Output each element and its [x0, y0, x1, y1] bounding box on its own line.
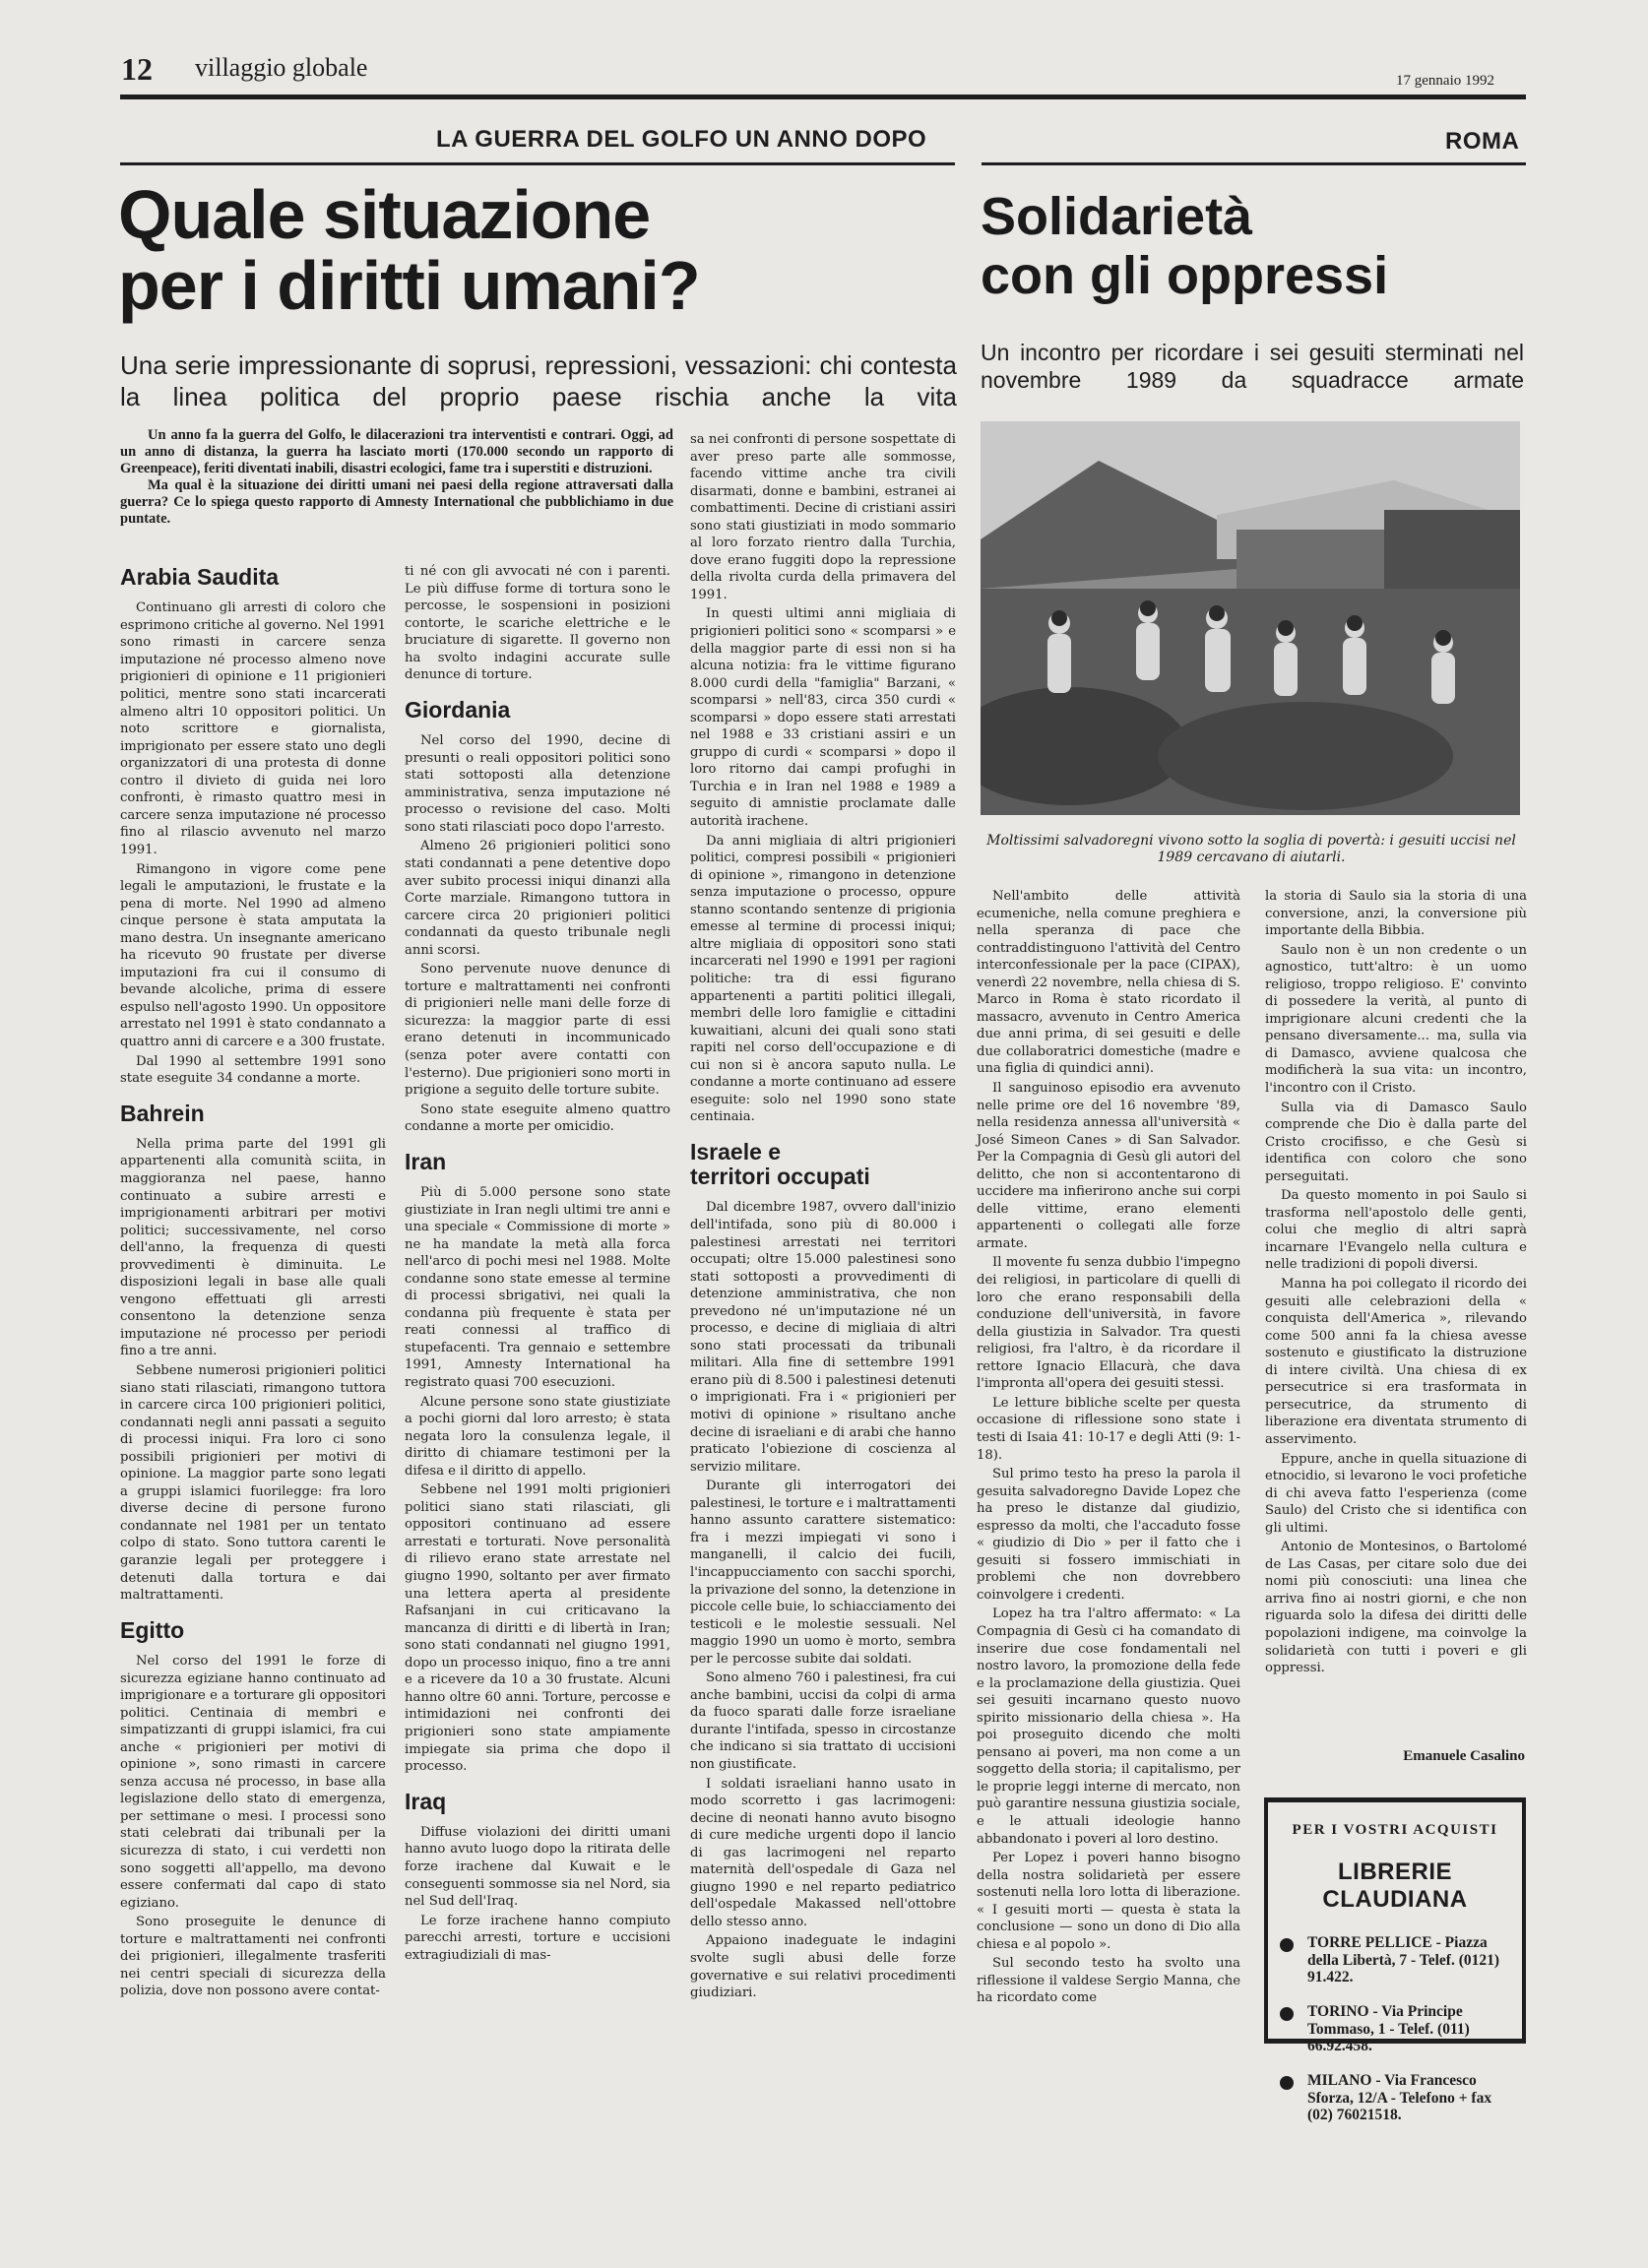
paragraph: Sul secondo testo ha svolto una riflessi…	[977, 1955, 1240, 2007]
bullet-icon	[1280, 2076, 1294, 2090]
section-heading-israele-line1: Israele e	[690, 1139, 781, 1165]
advertisement-box: PER I VOSTRI ACQUISTI LIBRERIE CLAUDIANA…	[1264, 1797, 1526, 2044]
page-number: 12	[121, 51, 153, 88]
right-kicker-rule	[982, 162, 1526, 165]
paragraph: Nel corso del 1991 le forze di sicurezza…	[120, 1653, 386, 1912]
paragraph: Durante gli interrogatori dei palestines…	[690, 1478, 956, 1668]
paragraph: Lopez ha tra l'altro affermato: « La Com…	[977, 1606, 1240, 1848]
publication-name: villaggio globale	[195, 53, 367, 83]
paragraph: Continuano gli arresti di coloro che esp…	[120, 599, 386, 858]
issue-date: 17 gennaio 1992	[1396, 73, 1494, 90]
ad-location-torino: TORINO - Via Principe Tommaso, 1 - Telef…	[1280, 2003, 1510, 2054]
paragraph: Il movente fu senza dubbio l'impegno dei…	[977, 1254, 1240, 1392]
paragraph: In questi ultimi anni migliaia di prigio…	[690, 605, 956, 830]
paragraph-continuation: la storia di Saulo sia la storia di una …	[1265, 888, 1527, 940]
photo-illustration	[981, 421, 1520, 815]
section-heading-israele: Israele e territori occupati	[690, 1140, 956, 1190]
paragraph: Rimangono in vigore come pene legali le …	[120, 861, 386, 1051]
section-kicker: LA GUERRA DEL GOLFO UN ANNO DOPO	[436, 126, 926, 154]
paragraph: Il sanguinoso episodio era avvenuto nell…	[977, 1080, 1240, 1252]
section-heading-arabia-saudita: Arabia Saudita	[120, 565, 386, 590]
ad-location-torre-pellice: TORRE PELLICE - Piazza della Libertà, 7 …	[1280, 1934, 1510, 1985]
paragraph: Le letture bibliche scelte per questa oc…	[977, 1395, 1240, 1464]
paragraph: Eppure, anche in quella situazione di et…	[1265, 1451, 1527, 1538]
paragraph-continuation: sa nei confronti di persone sospettate d…	[690, 431, 956, 603]
paragraph: Almeno 26 prigionieri politici sono stat…	[405, 838, 670, 959]
byline: Emanuele Casalino	[1265, 1748, 1525, 1765]
right-column-2: la storia di Saulo sia la storia di una …	[1265, 888, 1527, 1679]
article-column-1: Arabia Saudita Continuano gli arresti di…	[120, 551, 386, 2002]
section-heading-bahrein: Bahrein	[120, 1102, 386, 1126]
paragraph: Nel corso del 1990, decine di presunti o…	[405, 732, 670, 836]
section-heading-iraq: Iraq	[405, 1790, 670, 1814]
right-deck: Un incontro per ricordare i sei gesuiti …	[981, 339, 1524, 394]
ad-location-milano: MILANO - Via Francesco Sforza, 12/A - Te…	[1280, 2072, 1510, 2123]
ad-location-text: TORRE PELLICE - Piazza della Libertà, 7 …	[1307, 1934, 1510, 1985]
ad-brand-line1: LIBRERIE	[1280, 1858, 1510, 1886]
paragraph: Sono state eseguite almeno quattro conda…	[405, 1102, 670, 1136]
paragraph: Da anni migliaia di altri prigionieri po…	[690, 833, 956, 1126]
paragraph: Saulo non è un non credente o un agnosti…	[1265, 942, 1527, 1098]
main-headline-line2: per i diritti umani?	[118, 250, 700, 321]
section-heading-israele-line2: territori occupati	[690, 1164, 870, 1189]
paragraph: Sono almeno 760 i palestinesi, fra cui a…	[690, 1669, 956, 1773]
right-column-1: Nell'ambito delle attività ecumeniche, n…	[977, 888, 1240, 2009]
photo-caption: Moltissimi salvadoregni vivono sotto la …	[981, 833, 1522, 866]
section-heading-iran: Iran	[405, 1150, 670, 1174]
paragraph: Nella prima parte del 1991 gli appartene…	[120, 1136, 386, 1360]
paragraph: Sul primo testo ha preso la parola il ge…	[977, 1466, 1240, 1604]
paragraph: Dal dicembre 1987, ovvero dall'inizio de…	[690, 1199, 956, 1476]
right-headline-line1: Solidarietà	[981, 187, 1388, 246]
paragraph: I soldati israeliani hanno usato in modo…	[690, 1776, 956, 1931]
article-column-3: sa nei confronti di persone sospettate d…	[690, 431, 956, 2004]
bullet-icon	[1280, 1938, 1294, 1952]
ad-location-text: MILANO - Via Francesco Sforza, 12/A - Te…	[1307, 2072, 1510, 2123]
main-headline: Quale situazione per i diritti umani?	[118, 179, 700, 321]
paragraph: Le forze irachene hanno compiuto parecch…	[405, 1913, 670, 1965]
left-kicker-rule	[120, 162, 955, 165]
right-headline: Solidarietà con gli oppressi	[981, 187, 1388, 306]
article-photo	[981, 421, 1520, 815]
paragraph: Diffuse violazioni dei diritti umani han…	[405, 1824, 670, 1911]
ad-brand: LIBRERIE CLAUDIANA	[1280, 1858, 1510, 1913]
ad-location-text: TORINO - Via Principe Tommaso, 1 - Telef…	[1307, 2003, 1510, 2054]
main-headline-line1: Quale situazione	[118, 179, 700, 250]
lead-paragraph: Un anno fa la guerra del Golfo, le dilac…	[120, 427, 673, 477]
paragraph: Appaiono inadeguate le indagini svolte s…	[690, 1932, 956, 2001]
bullet-icon	[1280, 2007, 1294, 2021]
paragraph: Sulla via di Damasco Saulo comprende che…	[1265, 1100, 1527, 1186]
paragraph: Sono proseguite le denunce di torture e …	[120, 1914, 386, 2000]
paragraph: Per Lopez i poveri hanno bisogno della n…	[977, 1850, 1240, 1953]
section-heading-egitto: Egitto	[120, 1618, 386, 1643]
paragraph: Dal 1990 al settembre 1991 sono state es…	[120, 1053, 386, 1088]
paragraph: Più di 5.000 persone sono state giustizi…	[405, 1184, 670, 1392]
article-column-2: ti né con gli avvocati né con i parenti.…	[405, 563, 670, 1966]
paragraph: Sebbene nel 1991 molti prigionieri polit…	[405, 1481, 670, 1775]
lead-paragraph: Ma qual è la situazione dei diritti uman…	[120, 477, 673, 528]
paragraph: Sebbene numerosi prigionieri politici si…	[120, 1362, 386, 1605]
ad-brand-line2: CLAUDIANA	[1280, 1886, 1510, 1914]
paragraph: Manna ha poi collegato il ricordo dei ge…	[1265, 1276, 1527, 1448]
section-heading-giordania: Giordania	[405, 698, 670, 723]
right-headline-line2: con gli oppressi	[981, 246, 1388, 305]
paragraph: Da questo momento in poi Saulo si trasfo…	[1265, 1187, 1527, 1274]
paragraph: Sono pervenute nuove denunce di torture …	[405, 961, 670, 1099]
paragraph: Nell'ambito delle attività ecumeniche, n…	[977, 888, 1240, 1078]
ad-tagline: PER I VOSTRI ACQUISTI	[1280, 1822, 1510, 1839]
article-lead: Un anno fa la guerra del Golfo, le dilac…	[120, 427, 673, 528]
section-label-roma: ROMA	[1445, 128, 1519, 156]
main-deck: Una serie impressionante di soprusi, rep…	[120, 350, 957, 412]
masthead-rule	[120, 94, 1526, 99]
paragraph: Antonio de Montesinos, o Bartolomé de La…	[1265, 1539, 1527, 1676]
paragraph-continuation: ti né con gli avvocati né con i parenti.…	[405, 563, 670, 684]
paragraph: Alcune persone sono state giustiziate a …	[405, 1394, 670, 1480]
